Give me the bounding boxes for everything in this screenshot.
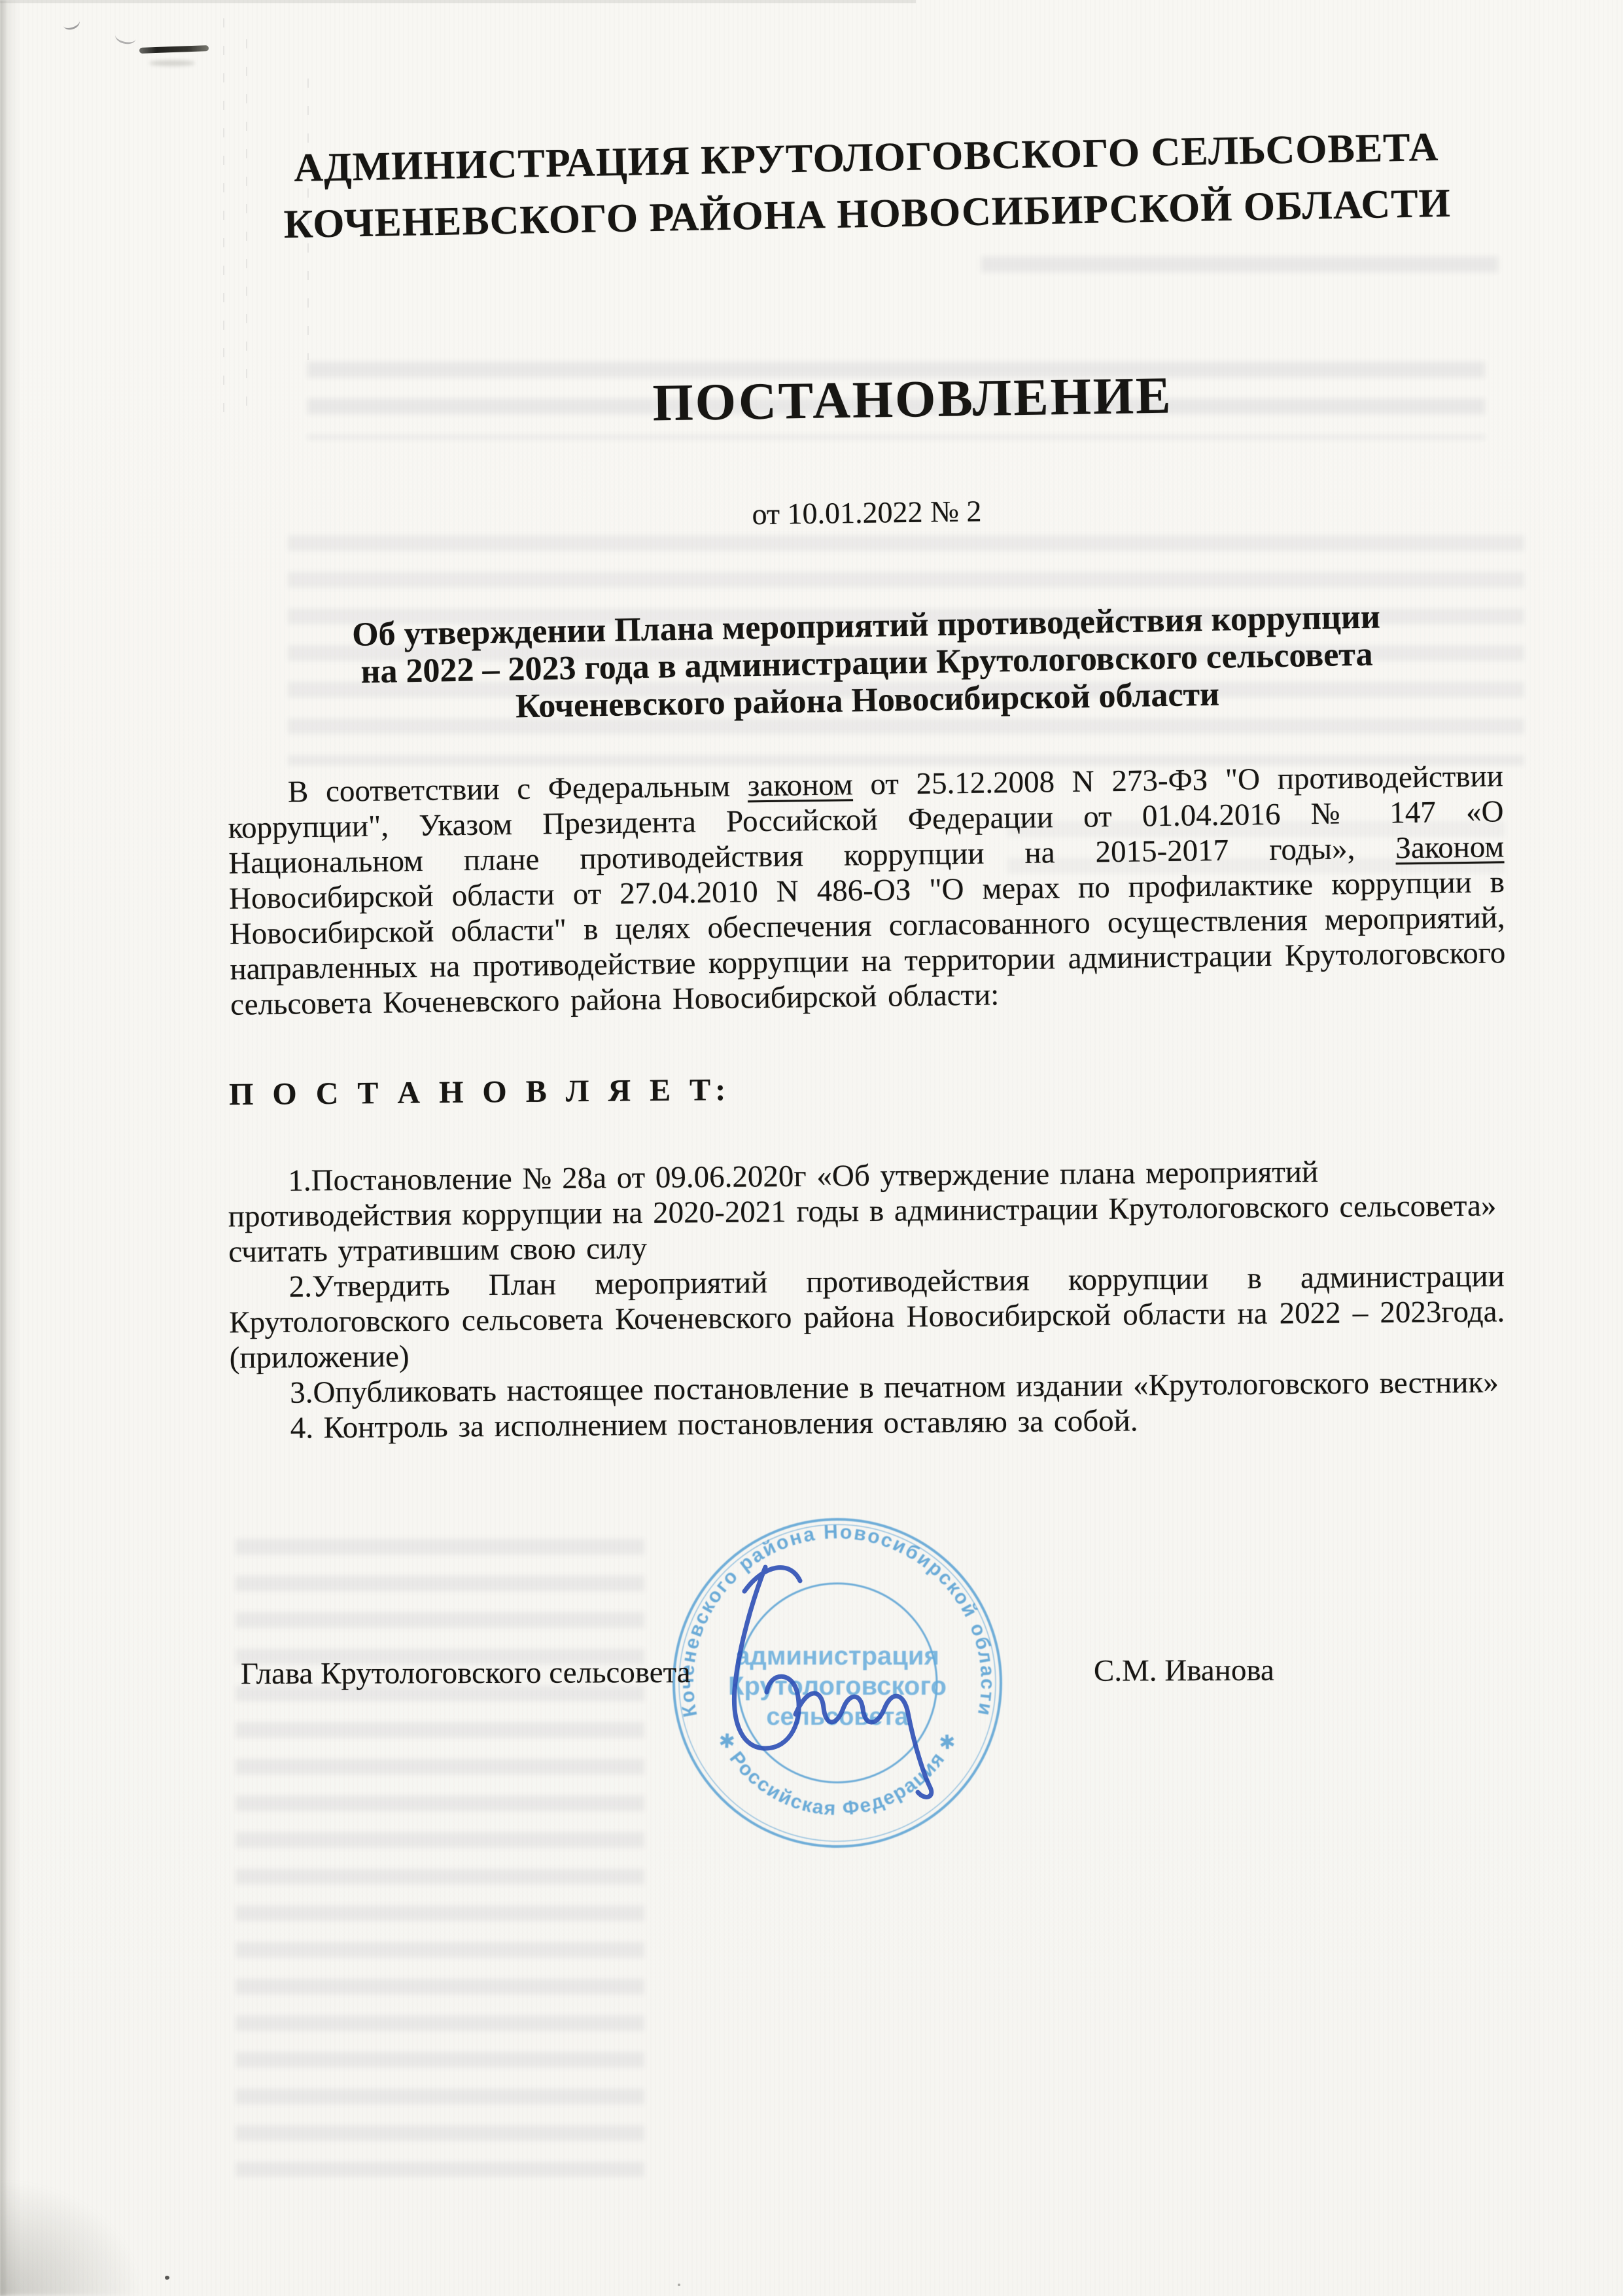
ink-speck [165,2276,169,2280]
law-reference-underlined: законом [747,768,853,803]
scan-edge-left [0,0,20,2296]
ink-speck [678,2284,680,2286]
signature-row: Глава Крутологовского сельсовета С.М. Ив… [229,1652,1505,1703]
resolution-item-1: 1.Постановление № 28а от 09.06.2020г «Об… [228,1152,1504,1269]
organization-name: АДМИНИСТРАЦИЯ КРУТОЛОГОВСКОГО СЕЛЬСОВЕТА… [228,118,1506,254]
resolution-item-2: 2.Утвердить План мероприятий противодейс… [229,1258,1505,1375]
resolution-items: 1.Постановление № 28а от 09.06.2020г «Об… [228,1152,1506,1446]
bleed-through-table [236,1539,644,2177]
date-number-line: от 10.01.2022 № 2 [229,486,1584,539]
preamble-segment: Новосибирской области от 27.04.2010 N 48… [229,865,1506,1022]
document-title: Об утверждении Плана мероприятий противо… [228,596,1506,730]
law-reference-underlined: Законом [1395,830,1505,865]
preamble-segment: В соответствии с Федеральным [288,769,748,809]
signatory-name: С.М. Иванова [1094,1653,1274,1689]
scanned-decree-page: { "document": { "organization_lines": [ … [0,0,1623,2296]
scan-edge-corner [0,2179,144,2296]
resolution-heading: П О С Т А Н О В Л Я Е Т: [229,1065,1505,1113]
staple-mark [139,45,209,54]
pencil-mark [61,14,82,31]
pencil-mark [114,28,137,46]
staple-smudge [149,60,195,66]
signatory-position: Глава Крутологовского сельсовета [241,1655,691,1691]
preamble-text: В соответствии с Федеральным законом от … [228,758,1507,1022]
document-type-heading: ПОСТАНОВЛЕНИЕ [228,361,1550,440]
bleed-through-text [981,256,1498,289]
scanner-streak [223,18,224,424]
scan-edge-top [0,0,916,3]
preamble-paragraph: В соответствии с Федеральным законом от … [228,758,1507,1022]
paper-sheet: АДМИНИСТРАЦИЯ КРУТОЛОГОВСКОГО СЕЛЬСОВЕТА… [0,0,1623,2296]
